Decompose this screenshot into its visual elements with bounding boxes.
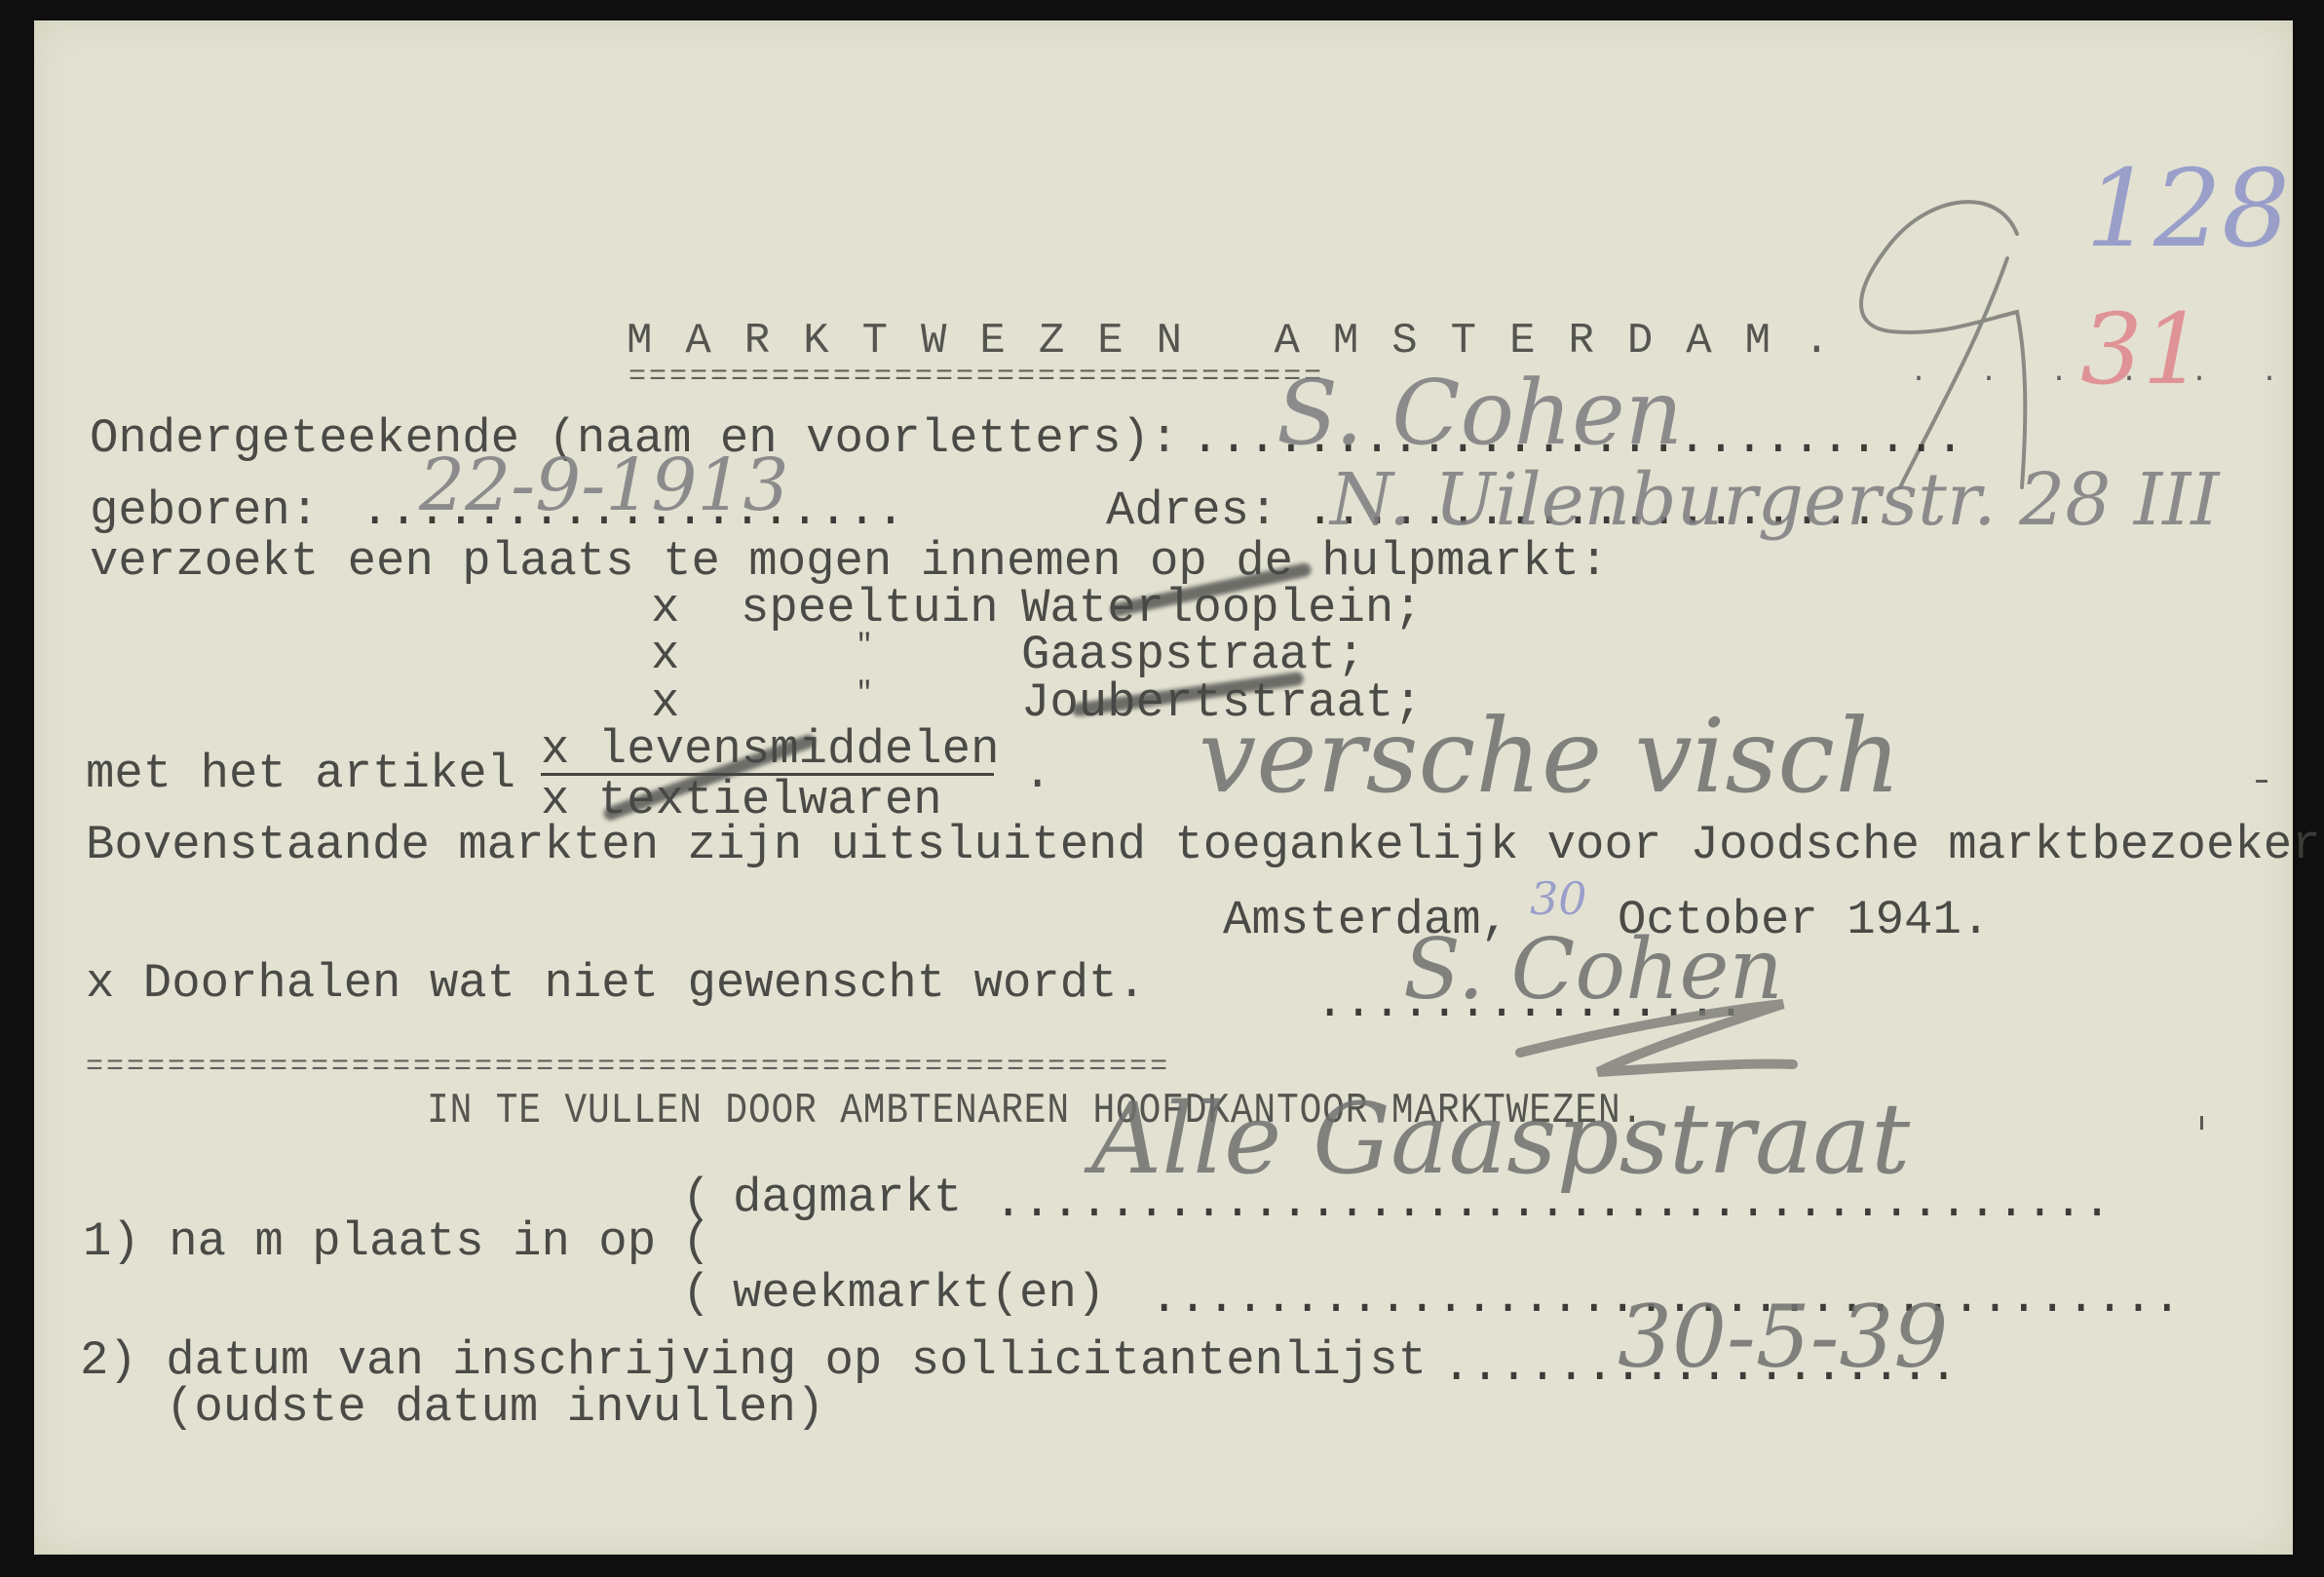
edge-mark xyxy=(2200,1116,2203,1130)
market-prefix: speeltuin xyxy=(741,585,999,633)
address-handwritten: N. Uilenburgerstr. 28 III xyxy=(1330,458,2220,542)
date-day-handwritten: 30 xyxy=(1530,872,1587,925)
bracket: ( xyxy=(682,1270,710,1318)
document-title: MARKTWEZEN AMSTERDAM. xyxy=(627,320,1863,363)
market-gaaspstraat[interactable]: Gaaspstraat; xyxy=(1021,632,1365,679)
market-prefix: " xyxy=(856,632,873,661)
article-handwritten: versche visch xyxy=(1199,697,1901,816)
blue-number-annotation: 128 xyxy=(2085,146,2290,271)
address-label: Adres: xyxy=(1106,487,1277,535)
article-label: met het artikel xyxy=(86,750,515,798)
market-marker[interactable]: x xyxy=(651,585,679,633)
weekmarkt-label: weekmarkt(en) xyxy=(733,1270,1105,1318)
market-prefix: " xyxy=(856,679,873,709)
item2-handwritten: 30-5-39 xyxy=(1618,1287,1948,1387)
item2-note: (oudste datum invullen) xyxy=(166,1384,824,1432)
born-label: geboren: xyxy=(90,487,319,535)
article-period: . xyxy=(1023,750,1051,798)
market-marker[interactable]: x xyxy=(651,679,679,727)
item1-label: 1) na m plaats in op xyxy=(83,1218,656,1266)
section-divider: ========================================… xyxy=(86,1053,2239,1082)
top-right-dots: . . . . . . . xyxy=(1910,359,2324,388)
market-marker[interactable]: x xyxy=(651,632,679,679)
born-handwritten: 22-9-1913 xyxy=(419,443,789,527)
name-handwritten: S. Cohen xyxy=(1276,361,1683,465)
bracket: ( xyxy=(682,1218,710,1266)
dagmarkt-dots[interactable]: ....................................... xyxy=(994,1179,2112,1227)
request-line: verzoekt een plaats te mogen innemen op … xyxy=(90,538,1608,586)
dagmarkt-label: dagmarkt xyxy=(733,1174,962,1222)
notice-text: Bovenstaande markten zijn uitsluitend to… xyxy=(86,822,2324,869)
edge-mark xyxy=(2256,780,2267,783)
item2-label: 2) datum van inschrijving op sollicitant… xyxy=(80,1337,1427,1385)
strike-instruction: x Doorhalen wat niet gewenscht wordt. xyxy=(86,960,1146,1008)
